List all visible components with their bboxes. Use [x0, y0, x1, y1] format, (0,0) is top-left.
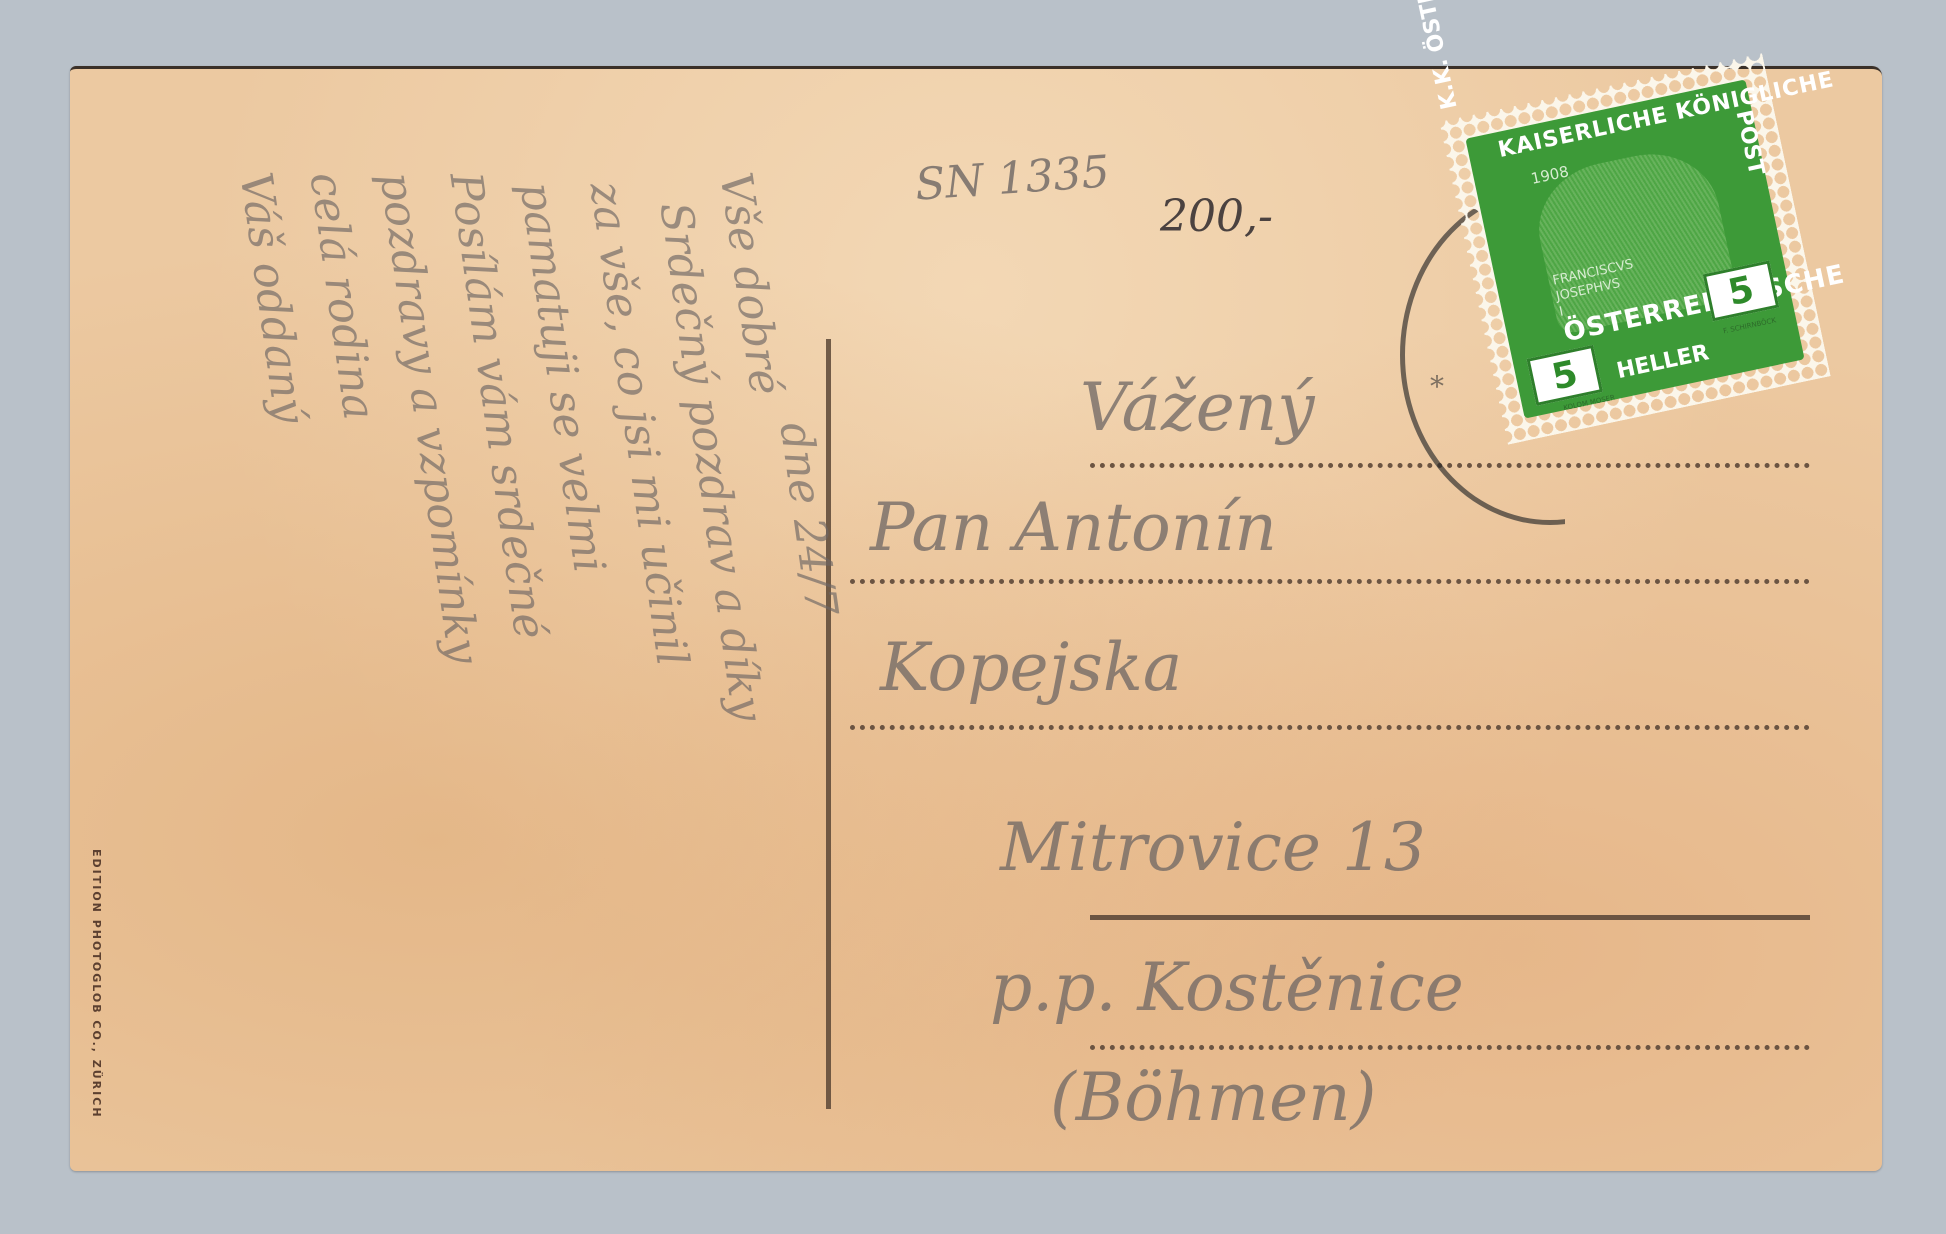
address-street: Mitrovice 13: [1000, 809, 1426, 886]
address-rule: [850, 579, 1810, 584]
address-rule: [1090, 1045, 1810, 1050]
stamp-engraver-credit: F. SCHIRNBÖCK: [1722, 316, 1776, 335]
stamp-value-left: 5: [1526, 345, 1602, 406]
address-region: (Böhmen): [1050, 1059, 1376, 1136]
publisher-imprint: EDITION PHOTOGLOB CO., ZÜRICH: [90, 849, 103, 1119]
message-line: dne 24/7: [769, 419, 847, 620]
price-note: 200,-: [1160, 191, 1273, 242]
catalog-mark: SN 1335: [913, 146, 1111, 210]
stamp-denomination: HELLER: [1615, 340, 1712, 384]
handwritten-message: Vše dobré Srdečný pozdrav a díky za vše,…: [140, 159, 840, 1159]
address-rule: [1090, 915, 1810, 920]
message-line: Váš oddaný: [229, 169, 315, 426]
postage-stamp: KAISERLICHE KÖNIGLICHE POST K.K. ÖSTERRE…: [1439, 53, 1830, 444]
address-salutation: Vážený: [1080, 369, 1315, 446]
address-name: Pan Antonín: [870, 489, 1277, 566]
address-rule: [850, 725, 1810, 730]
stamp-face: KAISERLICHE KÖNIGLICHE POST K.K. ÖSTERRE…: [1465, 79, 1804, 418]
message-line: celá rodina: [299, 169, 384, 423]
address-post-office: p.p. Kostěnice: [990, 949, 1464, 1026]
address-surname: Kopejska: [880, 629, 1182, 706]
postmark-star-icon: *: [1430, 370, 1444, 403]
